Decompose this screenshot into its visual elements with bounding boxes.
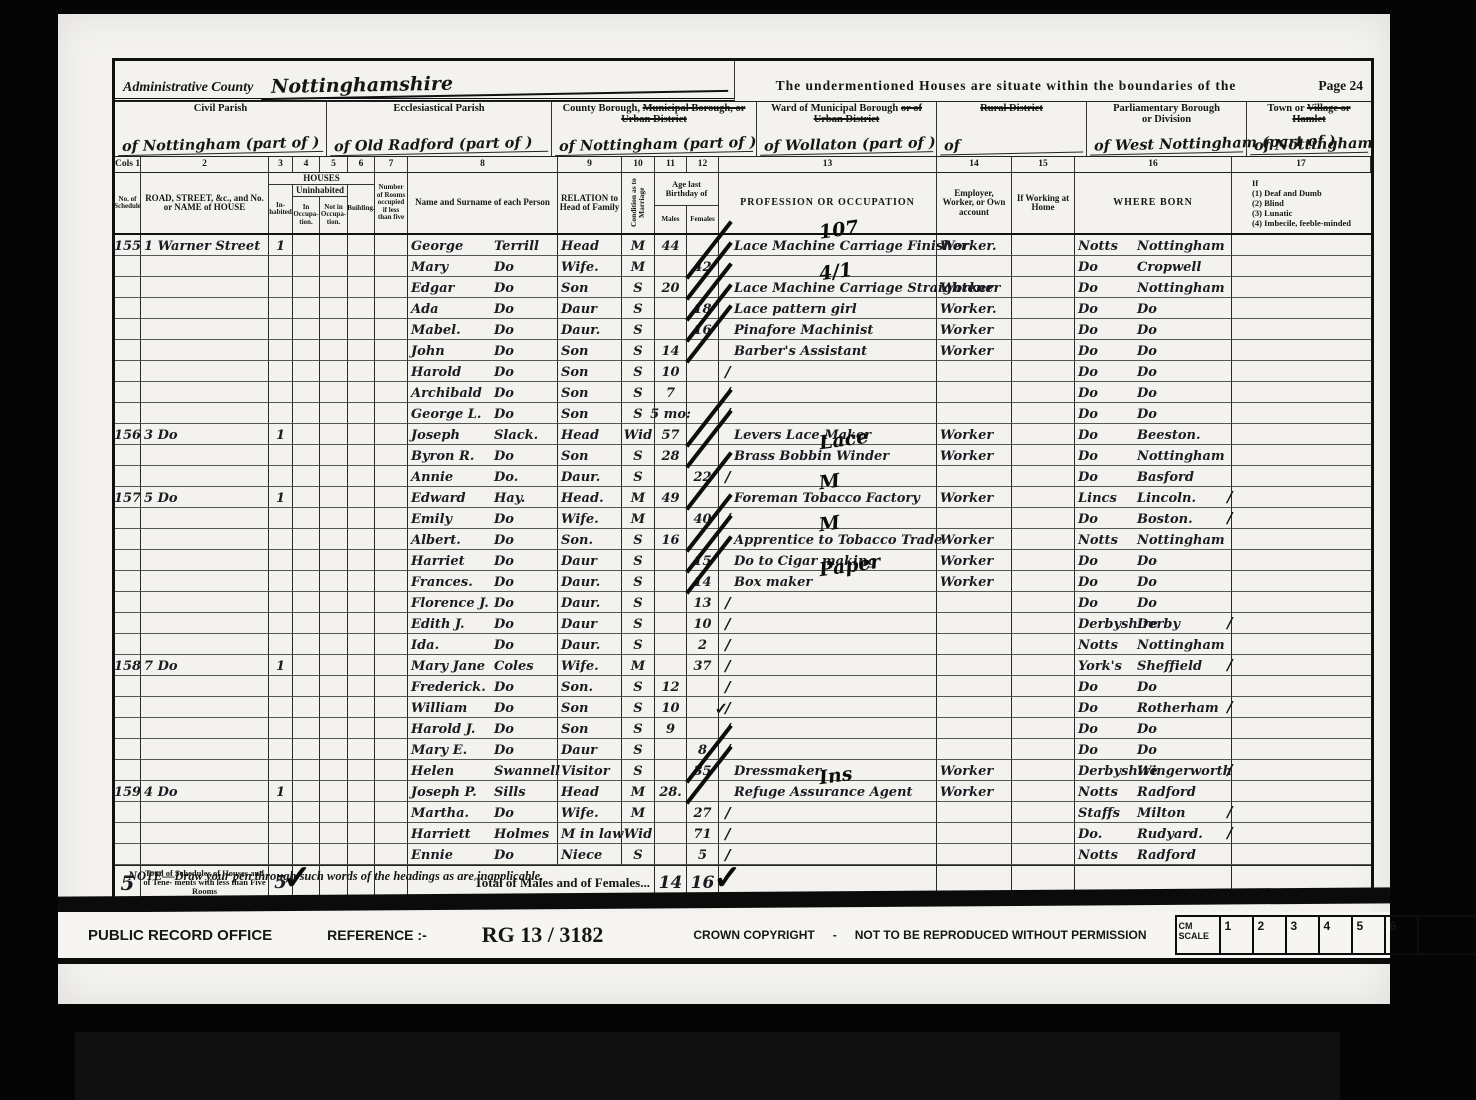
- cell-uninhabited-not-in-occupation: [320, 340, 348, 361]
- cell-age-male: [655, 823, 687, 844]
- census-rows: 155 1 Warner Street 1 GeorgeTerrill Head…: [115, 235, 1371, 865]
- edge-slash-icon: [1227, 824, 1232, 842]
- cell-inhabited: 1: [269, 424, 293, 445]
- cell-occupation: Brass Bobbin WinderLace: [719, 445, 937, 466]
- cm-scale-label: CM SCALE: [1177, 917, 1221, 953]
- cell-building: [348, 844, 375, 865]
- cell-uninhabited-in-occupation: [293, 634, 320, 655]
- cell-where-born: Do.Rudyard.: [1075, 823, 1232, 844]
- cell-condition: M: [622, 655, 655, 676]
- cell-working-at-home: [1012, 466, 1075, 487]
- edge-slash-icon: [1227, 803, 1232, 821]
- cell-uninhabited-in-occupation: [293, 613, 320, 634]
- reference-value: RG 13 / 3182: [482, 922, 604, 948]
- cell-age-female: 37: [687, 655, 719, 676]
- administrative-county-label: Administrative County: [123, 80, 253, 96]
- cell-uninhabited-in-occupation: [293, 697, 320, 718]
- cell-name: JohnDo: [408, 340, 558, 361]
- table-row: Harold J.Do Son S 9 DoDo: [115, 718, 1371, 739]
- cell-working-at-home: [1012, 487, 1075, 508]
- cell-schedule-no: [115, 676, 141, 697]
- cell-rooms: [375, 319, 408, 340]
- cell-building: [348, 235, 375, 256]
- cell-employer: [937, 466, 1012, 487]
- cell-relation: Head: [558, 424, 622, 445]
- cell-inhabited: [269, 802, 293, 823]
- cell-inhabited: [269, 571, 293, 592]
- cell-building: [348, 718, 375, 739]
- cell-infirmity: [1232, 781, 1371, 802]
- cell-infirmity: [1232, 739, 1371, 760]
- cell-working-at-home: [1012, 298, 1075, 319]
- cell-infirmity: [1232, 592, 1371, 613]
- cell-road: [141, 571, 269, 592]
- cell-building: [348, 592, 375, 613]
- cell-building: [348, 424, 375, 445]
- cell-rooms: [375, 508, 408, 529]
- cell-working-at-home: [1012, 655, 1075, 676]
- cell-working-at-home: [1012, 361, 1075, 382]
- cell-road: [141, 403, 269, 424]
- table-row: AdaDo Daur S 18 Lace pattern girl Worker…: [115, 298, 1371, 319]
- cell-uninhabited-in-occupation: [293, 403, 320, 424]
- cell-schedule-no: [115, 403, 141, 424]
- table-row: Florence J.Do Daur. S 13 DoDo: [115, 592, 1371, 613]
- cell-road: [141, 508, 269, 529]
- header-houses-group: HOUSES In-habited Uninhabited In Occupa-…: [269, 173, 375, 233]
- cell-inhabited: [269, 298, 293, 319]
- header-where-born: WHERE BORN: [1075, 173, 1232, 233]
- cell-inhabited: 1: [269, 235, 293, 256]
- cell-employer: Worker.: [937, 298, 1012, 319]
- cell-uninhabited-not-in-occupation: [320, 739, 348, 760]
- cell-where-born: DoDo: [1075, 361, 1232, 382]
- cell-relation: Head: [558, 235, 622, 256]
- cell-inhabited: 1: [269, 655, 293, 676]
- cell-building: [348, 445, 375, 466]
- administrative-county-box: Administrative County Nottinghamshire: [115, 61, 735, 101]
- census-scan: Administrative County Nottinghamshire Th…: [0, 0, 1476, 1100]
- cell-relation: Son: [558, 445, 622, 466]
- cell-employer: Worker: [937, 277, 1012, 298]
- cell-schedule-no: 158: [115, 655, 141, 676]
- cell-inhabited: [269, 676, 293, 697]
- cell-occupation: Refuge Assurance AgentIns: [719, 781, 937, 802]
- cell-condition: S: [622, 382, 655, 403]
- cell-age-male: [655, 655, 687, 676]
- cell-age-male: [655, 319, 687, 340]
- cell-uninhabited-not-in-occupation: [320, 403, 348, 424]
- cell-age-female: [687, 718, 719, 739]
- cell-relation: Daur: [558, 550, 622, 571]
- cell-road: 3 Do: [141, 424, 269, 445]
- cell-relation: Daur.: [558, 319, 622, 340]
- cell-age-male: [655, 592, 687, 613]
- cell-working-at-home: [1012, 739, 1075, 760]
- cell-age-male: 7: [655, 382, 687, 403]
- cell-name: Mabel.Do: [408, 319, 558, 340]
- cell-road: [141, 823, 269, 844]
- cell-rooms: [375, 361, 408, 382]
- cell-occupation: [719, 676, 937, 697]
- cell-road: [141, 550, 269, 571]
- cell-infirmity: [1232, 487, 1371, 508]
- cell-where-born: York'sSheffield: [1075, 655, 1232, 676]
- cell-building: [348, 277, 375, 298]
- cell-schedule-no: [115, 718, 141, 739]
- cell-infirmity: [1232, 424, 1371, 445]
- cell-road: [141, 844, 269, 865]
- cell-condition: S: [622, 844, 655, 865]
- cell-uninhabited-not-in-occupation: [320, 655, 348, 676]
- cell-working-at-home: [1012, 613, 1075, 634]
- cell-inhabited: [269, 319, 293, 340]
- parliamentary-borough-label: Parliamentary Boroughor Division: [1090, 103, 1243, 125]
- cell-name: HelenSwannell: [408, 760, 558, 781]
- tally-slash-icon: [725, 594, 730, 612]
- cell-inhabited: [269, 634, 293, 655]
- town-box: Town or Village or Hamlet of Nottingham: [1247, 102, 1371, 156]
- cell-schedule-no: [115, 256, 141, 277]
- table-row: EdgarDo Son S 20 Lace Machine Carriage S…: [115, 277, 1371, 298]
- cell-road: [141, 256, 269, 277]
- cell-uninhabited-in-occupation: [293, 466, 320, 487]
- cell-age-male: 12: [655, 676, 687, 697]
- cell-infirmity: [1232, 340, 1371, 361]
- cell-where-born: DoBoston.: [1075, 508, 1232, 529]
- cell-infirmity: [1232, 508, 1371, 529]
- header-building: Building.: [348, 185, 374, 233]
- cell-relation: Son: [558, 697, 622, 718]
- cell-uninhabited-in-occupation: [293, 802, 320, 823]
- cell-where-born: DoDo: [1075, 340, 1232, 361]
- cell-building: [348, 508, 375, 529]
- tally-slash-icon: [725, 363, 730, 381]
- header-inhabited: In-habited: [269, 185, 293, 233]
- cell-relation: Wife.: [558, 508, 622, 529]
- cell-schedule-no: [115, 802, 141, 823]
- header-houses: HOUSES: [269, 173, 374, 185]
- cell-uninhabited-in-occupation: [293, 739, 320, 760]
- cell-road: [141, 445, 269, 466]
- cell-road: [141, 340, 269, 361]
- rural-district-box: Rural District of: [937, 102, 1087, 156]
- cell-road: [141, 613, 269, 634]
- cell-inhabited: [269, 466, 293, 487]
- cell-uninhabited-not-in-occupation: [320, 634, 348, 655]
- cell-uninhabited-in-occupation: [293, 760, 320, 781]
- cell-uninhabited-in-occupation: [293, 676, 320, 697]
- cell-condition: S: [622, 361, 655, 382]
- cell-condition: S: [622, 277, 655, 298]
- cell-age-male: 28: [655, 445, 687, 466]
- table-row: EmilyDo Wife. M 40 DoBoston.: [115, 508, 1371, 529]
- cell-relation: Son: [558, 340, 622, 361]
- civil-parish-value: of Nottingham (part of ): [118, 134, 323, 156]
- cell-infirmity: [1232, 571, 1371, 592]
- cell-inhabited: [269, 340, 293, 361]
- col-number: 5: [320, 157, 348, 172]
- cell-road: [141, 319, 269, 340]
- cell-condition: M: [622, 802, 655, 823]
- cell-working-at-home: [1012, 550, 1075, 571]
- cell-working-at-home: [1012, 823, 1075, 844]
- cell-rooms: [375, 613, 408, 634]
- cell-employer: [937, 739, 1012, 760]
- cell-building: [348, 382, 375, 403]
- cell-uninhabited-in-occupation: [293, 340, 320, 361]
- cell-road: 5 Do: [141, 487, 269, 508]
- cell-inhabited: [269, 697, 293, 718]
- cell-age-male: 57: [655, 424, 687, 445]
- cell-condition: M: [622, 235, 655, 256]
- cell-schedule-no: [115, 844, 141, 865]
- cell-inhabited: 1: [269, 781, 293, 802]
- cell-employer: Worker: [937, 487, 1012, 508]
- cell-name: Albert.Do: [408, 529, 558, 550]
- cell-age-male: [655, 634, 687, 655]
- cell-condition: S: [622, 739, 655, 760]
- cell-age-female: [687, 676, 719, 697]
- cell-age-male: 49: [655, 487, 687, 508]
- county-borough-value: of Nottingham (part of ): [555, 134, 753, 156]
- edge-slash-icon: [1227, 488, 1232, 506]
- cell-building: [348, 676, 375, 697]
- cell-occupation: Lace Machine Carriage Straightener4/1: [719, 277, 937, 298]
- cell-employer: Worker: [937, 529, 1012, 550]
- cell-where-born: NottsNottingham: [1075, 634, 1232, 655]
- cell-occupation: Apprentice to Tobacco TradeM: [719, 529, 937, 550]
- cell-employer: Worker: [937, 571, 1012, 592]
- cell-name: Mary E.Do: [408, 739, 558, 760]
- ecclesiastical-parish-value: of Old Radford (part of ): [330, 134, 548, 157]
- table-row: MaryDo Wife. M 42 DoCropwell: [115, 256, 1371, 277]
- cell-inhabited: 1: [269, 487, 293, 508]
- cell-rooms: [375, 802, 408, 823]
- cell-name: MaryDo: [408, 256, 558, 277]
- cell-occupation: [719, 718, 937, 739]
- cell-uninhabited-not-in-occupation: [320, 613, 348, 634]
- pencil-annotation: M: [818, 474, 841, 491]
- cell-infirmity: [1232, 298, 1371, 319]
- cell-schedule-no: [115, 361, 141, 382]
- cell-age-male: 10: [655, 697, 687, 718]
- cell-schedule-no: 159: [115, 781, 141, 802]
- cell-uninhabited-not-in-occupation: [320, 382, 348, 403]
- cell-employer: [937, 508, 1012, 529]
- cell-employer: [937, 613, 1012, 634]
- cell-relation: Wife.: [558, 256, 622, 277]
- cell-inhabited: [269, 823, 293, 844]
- cell-infirmity: [1232, 634, 1371, 655]
- col-number: 11: [655, 157, 687, 172]
- cell-occupation: Foreman Tobacco FactoryM: [719, 487, 937, 508]
- edge-slash-icon: [1227, 656, 1232, 674]
- cell-condition: S: [622, 634, 655, 655]
- cell-building: [348, 823, 375, 844]
- cell-schedule-no: [115, 823, 141, 844]
- cell-building: [348, 529, 375, 550]
- cell-infirmity: [1232, 676, 1371, 697]
- cell-condition: Wid: [622, 424, 655, 445]
- header-infirmity: If (1) Deaf and Dumb (2) Blind (3) Lunat…: [1232, 173, 1371, 233]
- cell-occupation: [719, 844, 937, 865]
- tally-slash-icon: [725, 804, 730, 822]
- cell-name: HarrietDo: [408, 550, 558, 571]
- cell-inhabited: [269, 403, 293, 424]
- cell-infirmity: [1232, 802, 1371, 823]
- cell-uninhabited-not-in-occupation: [320, 844, 348, 865]
- cell-road: [141, 802, 269, 823]
- cell-infirmity: [1232, 718, 1371, 739]
- cell-rooms: [375, 697, 408, 718]
- cell-employer: Worker: [937, 424, 1012, 445]
- cell-road: [141, 382, 269, 403]
- cell-age-male: 10: [655, 361, 687, 382]
- cell-inhabited: [269, 256, 293, 277]
- cell-uninhabited-not-in-occupation: [320, 550, 348, 571]
- cell-building: [348, 256, 375, 277]
- cell-employer: [937, 697, 1012, 718]
- cell-infirmity: [1232, 382, 1371, 403]
- reproduction-notice: NOT TO BE REPRODUCED WITHOUT PERMISSION: [855, 928, 1147, 942]
- cell-occupation: [719, 634, 937, 655]
- header-schedule-no: No. of Schedule: [115, 173, 141, 233]
- cell-where-born: DoDo: [1075, 739, 1232, 760]
- rural-district-label: Rural District: [940, 103, 1083, 114]
- census-page: Administrative County Nottinghamshire Th…: [58, 14, 1390, 1004]
- situate-statement: The undermentioned Houses are situate wi…: [735, 61, 1277, 101]
- cell-age-male: 5 mo:: [655, 403, 687, 424]
- cell-condition: S: [622, 529, 655, 550]
- cell-schedule-no: [115, 592, 141, 613]
- table-row: Byron R.Do Son S 28 Brass Bobbin WinderL…: [115, 445, 1371, 466]
- cell-occupation: Lace pattern girl: [719, 298, 937, 319]
- header-females: Females: [687, 206, 718, 233]
- cell-schedule-no: [115, 277, 141, 298]
- table-row: Mabel.Do Daur. S 16 Pinafore Machinist W…: [115, 319, 1371, 340]
- cell-inhabited: [269, 529, 293, 550]
- cell-inhabited: [269, 382, 293, 403]
- cell-age-male: [655, 844, 687, 865]
- cell-name: AdaDo: [408, 298, 558, 319]
- cell-relation: Wife.: [558, 655, 622, 676]
- cell-where-born: LincsLincoln.: [1075, 487, 1232, 508]
- cell-infirmity: [1232, 277, 1371, 298]
- cell-age-male: [655, 613, 687, 634]
- cell-building: [348, 340, 375, 361]
- cell-rooms: [375, 739, 408, 760]
- table-row: WilliamDo Son S 10 DoRotherham: [115, 697, 1371, 718]
- cell-inhabited: [269, 718, 293, 739]
- cell-road: [141, 298, 269, 319]
- cell-name: Ida.Do: [408, 634, 558, 655]
- cell-working-at-home: [1012, 634, 1075, 655]
- cell-occupation: Barber's Assistant: [719, 340, 937, 361]
- cell-name: George L.Do: [408, 403, 558, 424]
- cell-rooms: [375, 298, 408, 319]
- table-row: 156 3 Do 1 JosephSlack. Head Wid 57 Leve…: [115, 424, 1371, 445]
- cell-where-born: DoNottingham: [1075, 277, 1232, 298]
- cell-uninhabited-in-occupation: [293, 487, 320, 508]
- cell-relation: Daur.: [558, 592, 622, 613]
- scale-tail: [1419, 917, 1476, 953]
- cell-relation: Daur.: [558, 571, 622, 592]
- cell-name: GeorgeTerrill: [408, 235, 558, 256]
- col-number: 3: [269, 157, 293, 172]
- civil-parish-box: Civil Parish of Nottingham (part of ): [115, 102, 327, 156]
- cell-building: [348, 655, 375, 676]
- cell-relation: Daur.: [558, 466, 622, 487]
- ward-value: of Wollaton (part of ): [760, 134, 933, 156]
- public-record-office-label: PUBLIC RECORD OFFICE: [88, 927, 272, 944]
- cell-where-born: DoDo: [1075, 592, 1232, 613]
- cell-condition: S: [622, 466, 655, 487]
- cell-rooms: [375, 424, 408, 445]
- cell-relation: Son.: [558, 529, 622, 550]
- cell-condition: S: [622, 550, 655, 571]
- tally-slash-icon: [725, 678, 730, 696]
- cell-inhabited: [269, 550, 293, 571]
- pencil-annotation: Lace: [818, 430, 869, 451]
- cell-rooms: [375, 634, 408, 655]
- cell-schedule-no: 155: [115, 235, 141, 256]
- table-row: Ida.Do Daur. S 2 NottsNottingham: [115, 634, 1371, 655]
- cell-condition: M: [622, 781, 655, 802]
- cell-building: [348, 319, 375, 340]
- cell-age-male: [655, 508, 687, 529]
- cell-uninhabited-in-occupation: [293, 508, 320, 529]
- tally-slash-icon: [725, 615, 730, 633]
- cell-where-born: NottsNottingham: [1075, 235, 1232, 256]
- county-borough-label: County Borough, Municipal Borough, or Ur…: [555, 103, 753, 125]
- cell-infirmity: [1232, 697, 1371, 718]
- cell-where-born: DoDo: [1075, 298, 1232, 319]
- cell-rooms: [375, 256, 408, 277]
- cell-working-at-home: [1012, 802, 1075, 823]
- col-number: 15: [1012, 157, 1075, 172]
- cell-age-male: 20: [655, 277, 687, 298]
- cell-schedule-no: [115, 445, 141, 466]
- cell-building: [348, 361, 375, 382]
- cell-occupation: [719, 697, 937, 718]
- cell-building: [348, 802, 375, 823]
- cell-employer: [937, 382, 1012, 403]
- cell-uninhabited-in-occupation: [293, 781, 320, 802]
- cell-inhabited: [269, 361, 293, 382]
- cell-schedule-no: [115, 739, 141, 760]
- header-age-group: Age last Birthday of Males Females: [655, 173, 719, 233]
- cell-rooms: [375, 571, 408, 592]
- cell-relation: Daur: [558, 613, 622, 634]
- col-number: 17: [1232, 157, 1371, 172]
- cell-uninhabited-in-occupation: [293, 424, 320, 445]
- cell-building: [348, 634, 375, 655]
- cell-schedule-no: [115, 634, 141, 655]
- cell-age-male: 16: [655, 529, 687, 550]
- tally-slash-icon: [725, 636, 730, 654]
- header-in-occupation: In Occupa-tion.: [293, 197, 320, 233]
- cell-uninhabited-not-in-occupation: [320, 256, 348, 277]
- header-working-at-home: If Working at Home: [1012, 173, 1075, 233]
- cell-uninhabited-not-in-occupation: [320, 802, 348, 823]
- col-number: 8: [408, 157, 558, 172]
- edge-slash-icon: [1227, 509, 1232, 527]
- cell-employer: Worker: [937, 340, 1012, 361]
- cell-uninhabited-in-occupation: [293, 445, 320, 466]
- cell-working-at-home: [1012, 403, 1075, 424]
- cell-where-born: DoNottingham: [1075, 445, 1232, 466]
